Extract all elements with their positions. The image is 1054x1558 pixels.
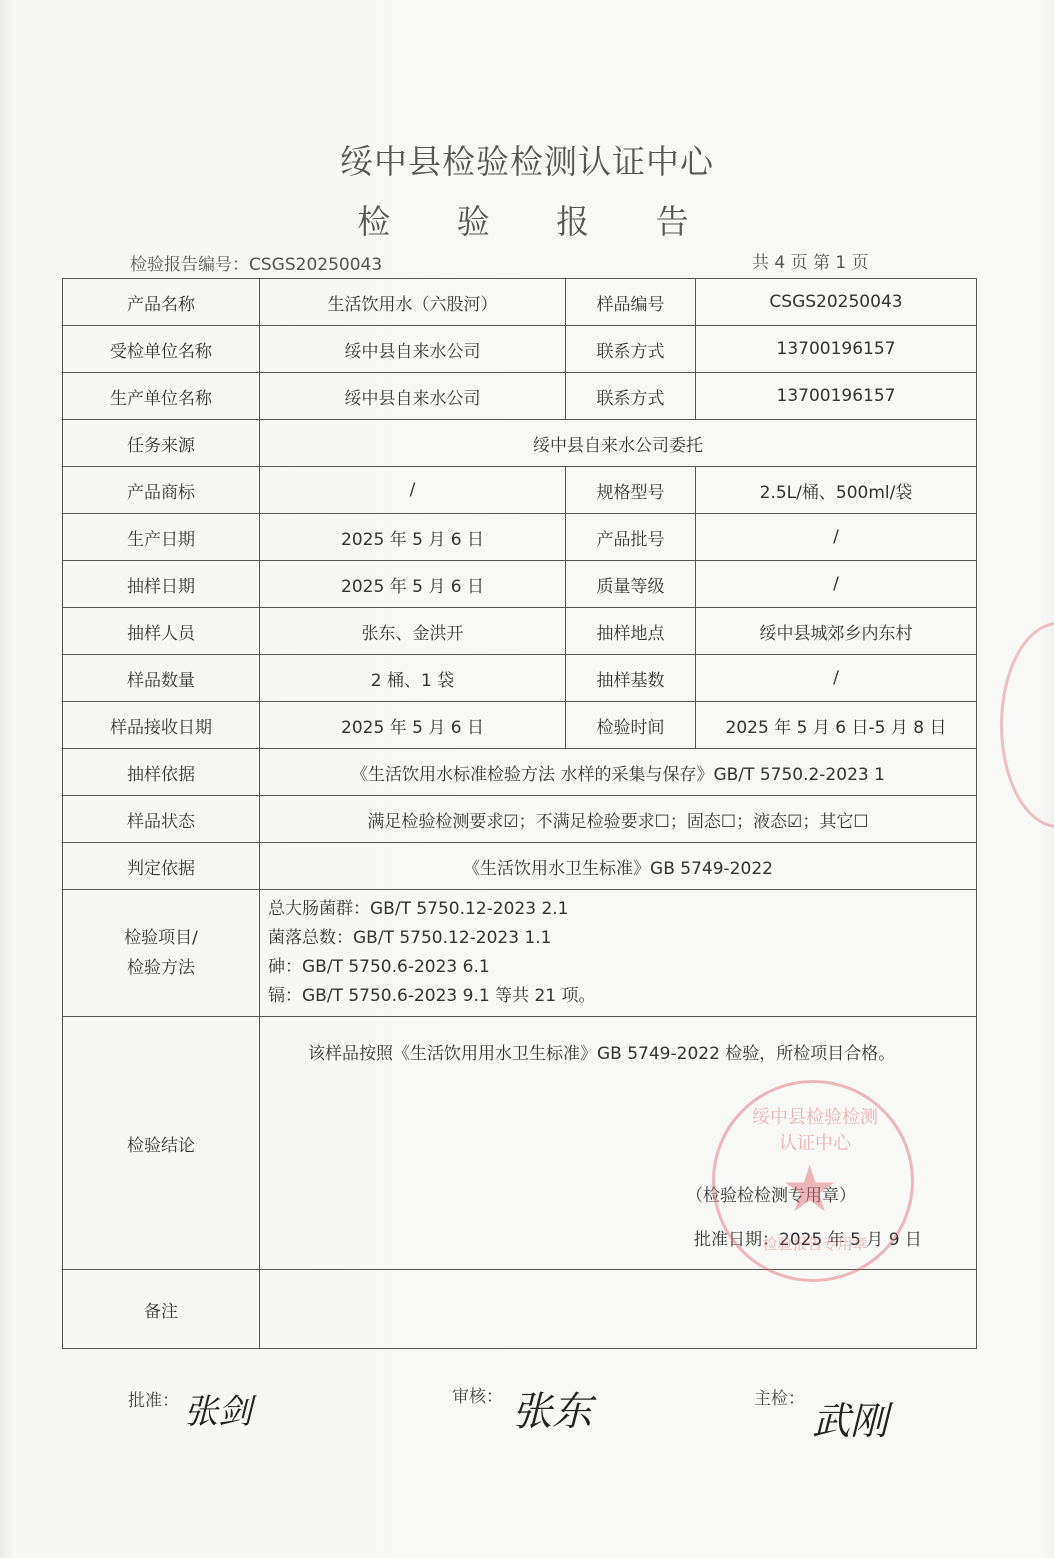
table-row: 样品接收日期 2025 年 5 月 6 日 检验时间 2025 年 5 月 6 … xyxy=(63,702,977,749)
approver-signature: 张剑 xyxy=(184,1384,252,1433)
report-page: 绥中县检验检测认证中心 检 验 报 告 检验报告编号：CSGS20250043 … xyxy=(0,0,1054,1558)
sampling-basis-value: 《生活饮用水标准检验方法 水样的采集与保存》GB/T 5750.2-2023 1 xyxy=(260,749,977,796)
page-count: 共 4 页 第 1 页 xyxy=(752,248,869,273)
contact-value: 13700196157 xyxy=(696,326,977,373)
table-row: 抽样依据 《生活饮用水标准检验方法 水样的采集与保存》GB/T 5750.2-2… xyxy=(63,749,977,796)
inspector-label: 主检： xyxy=(754,1384,805,1409)
product-name-value: 生活饮用水（六股河） xyxy=(260,279,566,326)
contact-label: 联系方式 xyxy=(566,373,696,420)
reviewer-label: 审核： xyxy=(452,1382,503,1407)
batch-value: / xyxy=(696,514,977,561)
inspected-unit-value: 绥中县自来水公司 xyxy=(260,326,566,373)
sampling-date-value: 2025 年 5 月 6 日 xyxy=(260,561,566,608)
sampling-date-label: 抽样日期 xyxy=(63,561,260,608)
seal-caption: （检验检检测专用章） xyxy=(686,1181,856,1206)
approver-label: 批准： xyxy=(128,1386,179,1411)
table-row: 抽样日期 2025 年 5 月 6 日 质量等级 / xyxy=(63,561,977,608)
sample-state-value: 满足检验检测要求☑；不满足检验要求☐；固态☐；液态☑；其它☐ xyxy=(260,796,977,843)
sampler-value: 张东、金洪开 xyxy=(260,608,566,655)
batch-label: 产品批号 xyxy=(566,514,696,561)
report-table: 产品名称 生活饮用水（六股河） 样品编号 CSGS20250043 受检单位名称… xyxy=(62,278,977,1349)
inspected-unit-label: 受检单位名称 xyxy=(63,326,260,373)
sampler-label: 抽样人员 xyxy=(63,608,260,655)
approval-date: 批准日期：2025 年 5 月 9 日 xyxy=(694,1225,922,1250)
side-seal-stamp xyxy=(1000,622,1054,828)
receive-date-value: 2025 年 5 月 6 日 xyxy=(260,702,566,749)
table-row: 生产日期 2025 年 5 月 6 日 产品批号 / xyxy=(63,514,977,561)
table-row: 检验项目/ 检验方法 总大肠菌群：GB/T 5750.12-2023 2.1 菌… xyxy=(63,890,977,1017)
quality-grade-label: 质量等级 xyxy=(566,561,696,608)
sample-state-label: 样品状态 xyxy=(63,796,260,843)
notes-value xyxy=(260,1270,977,1349)
report-number: 检验报告编号：CSGS20250043 xyxy=(130,250,382,275)
production-date-value: 2025 年 5 月 6 日 xyxy=(260,514,566,561)
methods-label-line: 检验项目/ xyxy=(67,923,255,953)
task-source-label: 任务来源 xyxy=(63,420,260,467)
contact-label: 联系方式 xyxy=(566,326,696,373)
table-row: 样品状态 满足检验检测要求☑；不满足检验要求☐；固态☐；液态☑；其它☐ xyxy=(63,796,977,843)
conclusion-label: 检验结论 xyxy=(63,1017,260,1270)
producer-label: 生产单位名称 xyxy=(63,373,260,420)
test-time-value: 2025 年 5 月 6 日-5 月 8 日 xyxy=(696,702,977,749)
reviewer-signature: 张东 xyxy=(512,1380,592,1437)
quality-grade-value: / xyxy=(696,561,977,608)
spec-value: 2.5L/桶、500ml/袋 xyxy=(696,467,977,514)
task-source-value: 绥中县自来水公司委托 xyxy=(260,420,977,467)
document-title: 检 验 报 告 xyxy=(0,196,1054,243)
table-row: 样品数量 2 桶、1 袋 抽样基数 / xyxy=(63,655,977,702)
sampling-site-label: 抽样地点 xyxy=(566,608,696,655)
method-item: 总大肠菌群：GB/T 5750.12-2023 2.1 xyxy=(268,895,972,924)
conclusion-text: 该样品按照《生活饮用用水卫生标准》GB 5749-2022 检验，所检项目合格。 xyxy=(308,1039,895,1064)
inspector-signature: 武刚 xyxy=(812,1390,888,1445)
sampling-site-value: 绥中县城郊乡内东村 xyxy=(696,608,977,655)
table-row: 产品名称 生活饮用水（六股河） 样品编号 CSGS20250043 xyxy=(63,279,977,326)
table-row: 检验结论 该样品按照《生活饮用用水卫生标准》GB 5749-2022 检验，所检… xyxy=(63,1017,977,1270)
conclusion-cell: 该样品按照《生活饮用用水卫生标准》GB 5749-2022 检验，所检项目合格。… xyxy=(260,1017,977,1270)
judgment-basis-label: 判定依据 xyxy=(63,843,260,890)
sample-no-value: CSGS20250043 xyxy=(696,279,977,326)
table-row: 任务来源 绥中县自来水公司委托 xyxy=(63,420,977,467)
test-time-label: 检验时间 xyxy=(566,702,696,749)
table-row: 产品商标 / 规格型号 2.5L/桶、500ml/袋 xyxy=(63,467,977,514)
sampling-basis-label: 抽样依据 xyxy=(63,749,260,796)
product-name-label: 产品名称 xyxy=(63,279,260,326)
sampling-base-value: / xyxy=(696,655,977,702)
methods-label: 检验项目/ 检验方法 xyxy=(63,890,260,1017)
methods-list: 总大肠菌群：GB/T 5750.12-2023 2.1 菌落总数：GB/T 57… xyxy=(260,890,977,1017)
sample-no-label: 样品编号 xyxy=(566,279,696,326)
table-row: 判定依据 《生活饮用水卫生标准》GB 5749-2022 xyxy=(63,843,977,890)
trademark-value: / xyxy=(260,467,566,514)
methods-label-line: 检验方法 xyxy=(67,953,255,983)
sample-qty-value: 2 桶、1 袋 xyxy=(260,655,566,702)
sample-qty-label: 样品数量 xyxy=(63,655,260,702)
receive-date-label: 样品接收日期 xyxy=(63,702,260,749)
table-row: 抽样人员 张东、金洪开 抽样地点 绥中县城郊乡内东村 xyxy=(63,608,977,655)
method-item: 菌落总数：GB/T 5750.12-2023 1.1 xyxy=(268,924,972,953)
organization-title: 绥中县检验检测认证中心 xyxy=(0,136,1054,183)
producer-value: 绥中县自来水公司 xyxy=(260,373,566,420)
table-row: 生产单位名称 绥中县自来水公司 联系方式 13700196157 xyxy=(63,373,977,420)
contact-value: 13700196157 xyxy=(696,373,977,420)
table-row: 备注 xyxy=(63,1270,977,1349)
production-date-label: 生产日期 xyxy=(63,514,260,561)
method-item: 砷：GB/T 5750.6-2023 6.1 xyxy=(268,953,972,982)
notes-label: 备注 xyxy=(63,1270,260,1349)
judgment-basis-value: 《生活饮用水卫生标准》GB 5749-2022 xyxy=(260,843,977,890)
method-item: 镉：GB/T 5750.6-2023 9.1 等共 21 项。 xyxy=(268,982,972,1011)
spec-label: 规格型号 xyxy=(566,467,696,514)
trademark-label: 产品商标 xyxy=(63,467,260,514)
sampling-base-label: 抽样基数 xyxy=(566,655,696,702)
table-row: 受检单位名称 绥中县自来水公司 联系方式 13700196157 xyxy=(63,326,977,373)
